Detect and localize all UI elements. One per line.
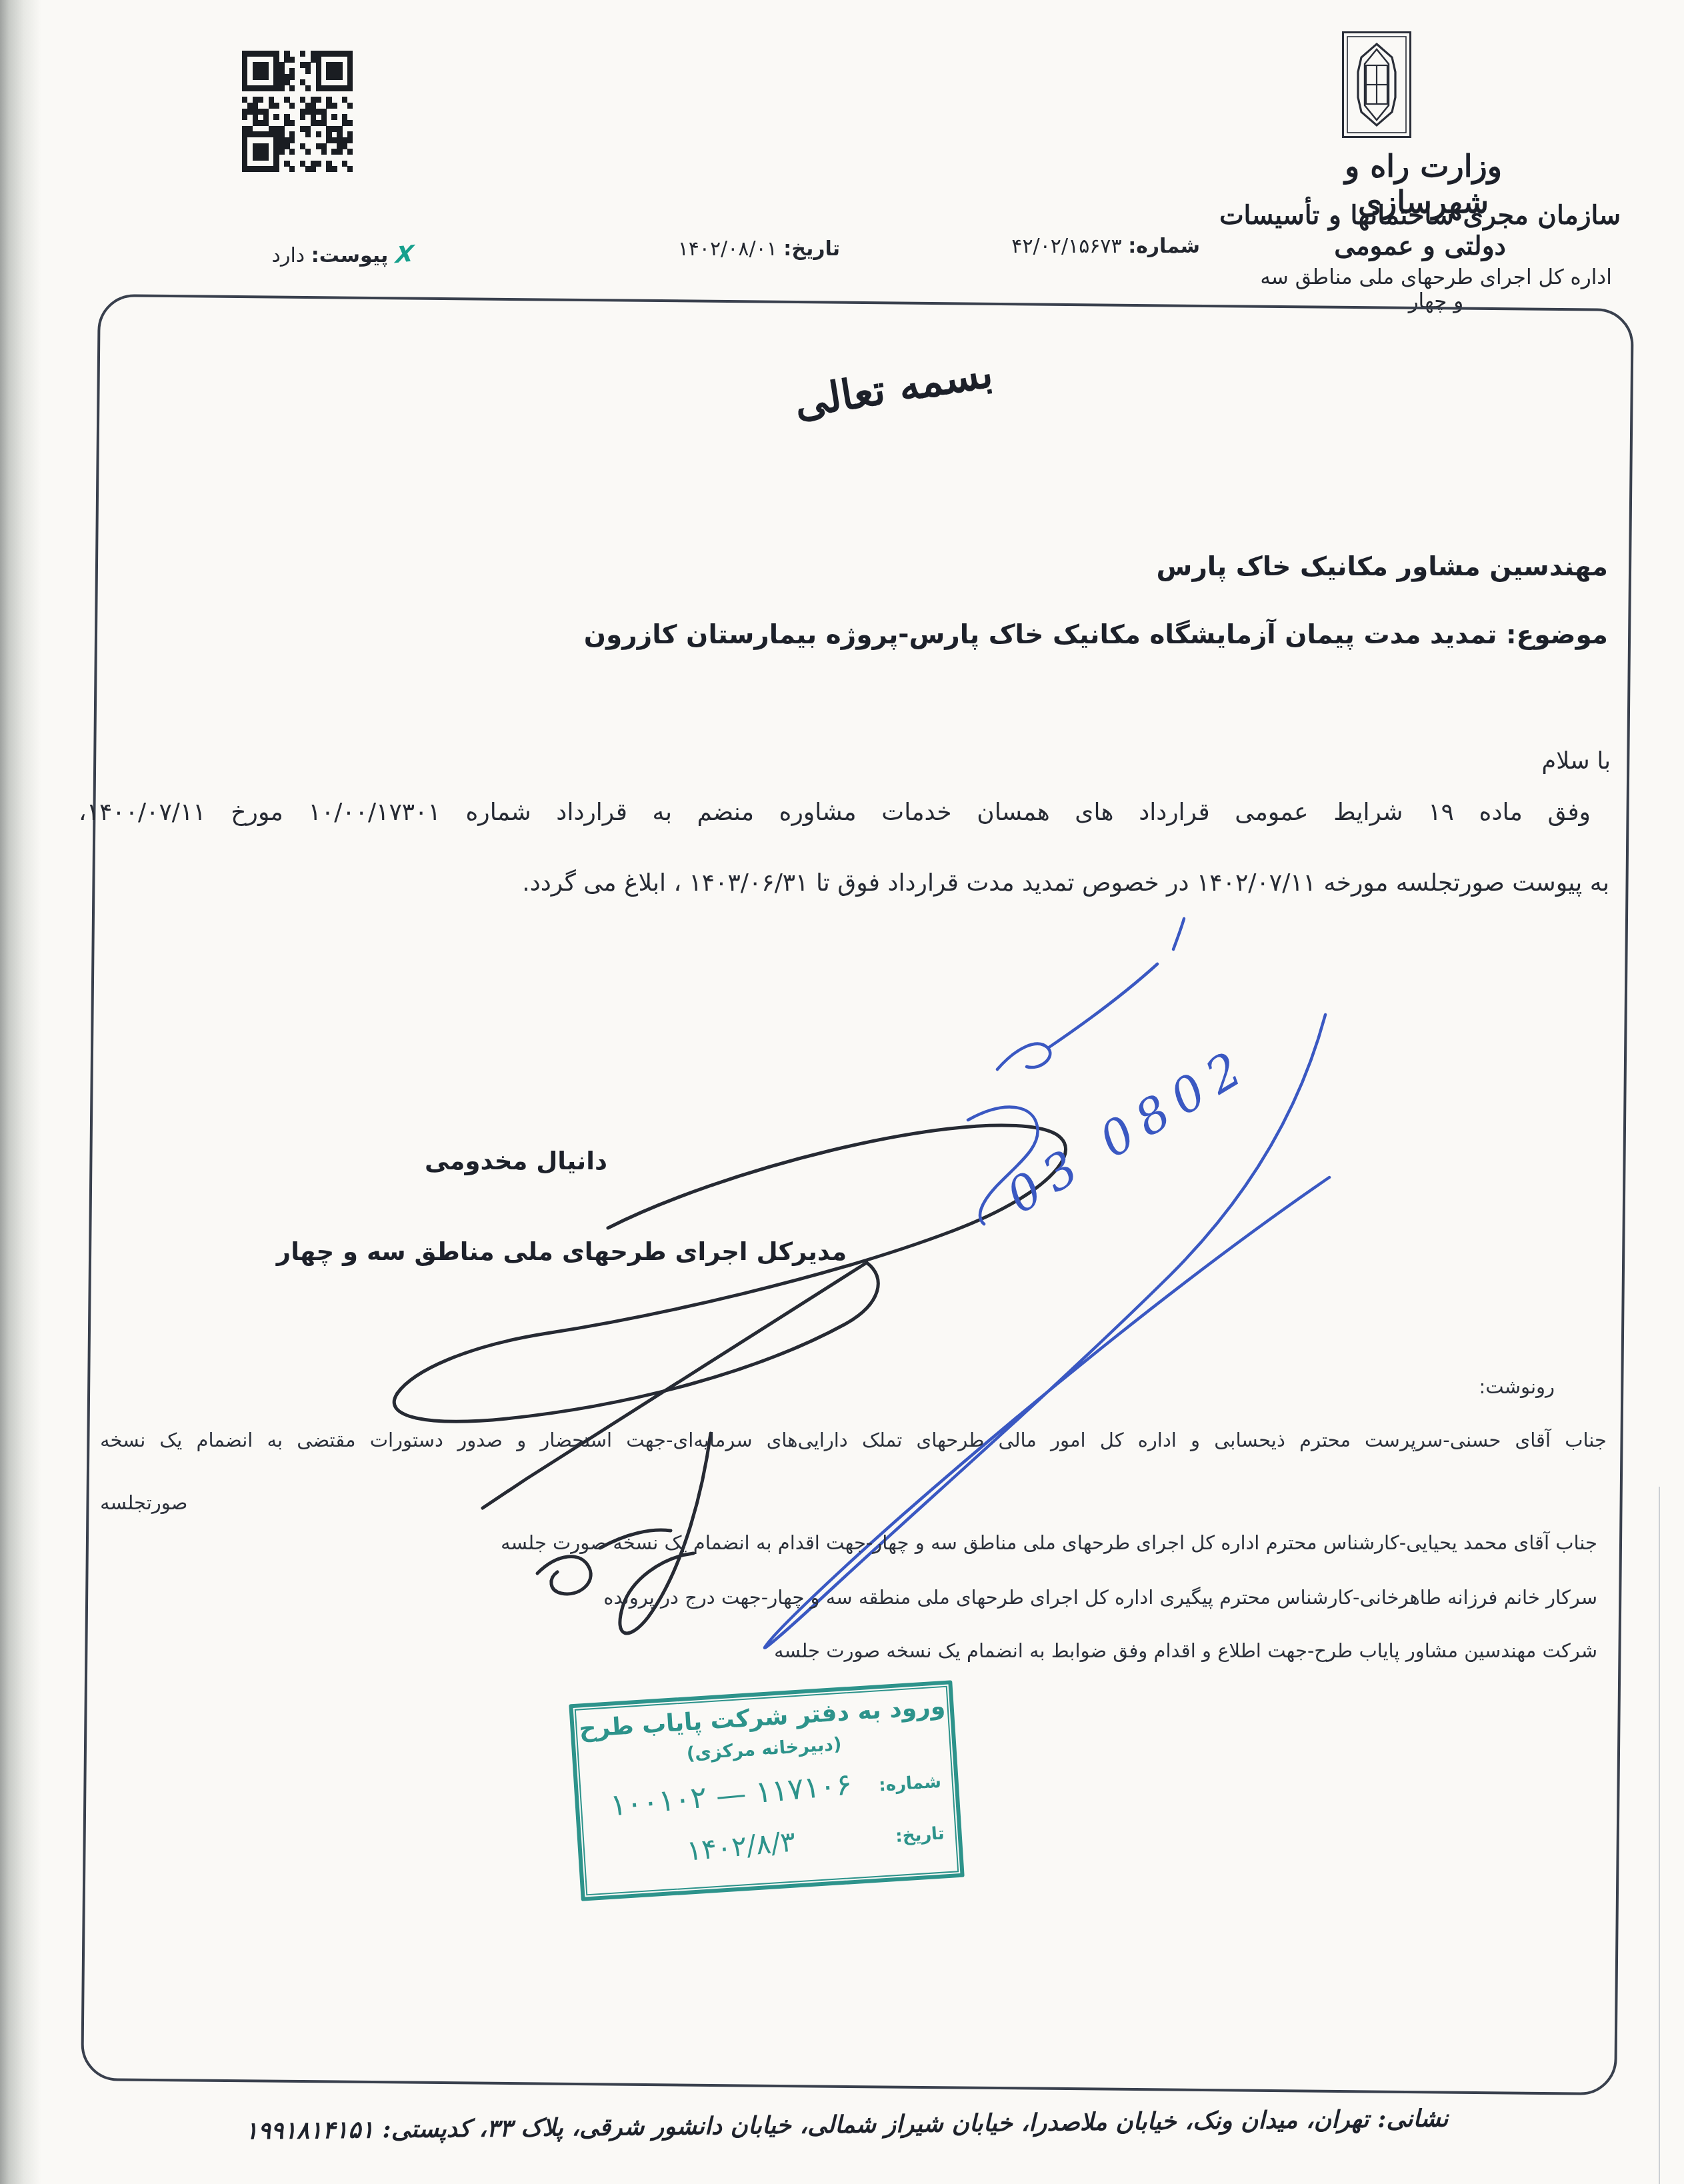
qr-code [242, 51, 353, 172]
organization-logo-icon [1341, 31, 1412, 139]
ref-number-field: شماره: ۴۲/۰۲/۱۵۶۷۳ [953, 235, 1200, 258]
body-paragraph-line2: به پیوست صورتجلسه مورخه ۱۴۰۲/۰۷/۱۱ در خص… [522, 868, 1609, 898]
ref-attachment-field: X پیوست: دارد [193, 241, 413, 268]
ref-date-label: تاریخ: [783, 237, 840, 261]
scan-left-shadow [0, 0, 41, 2184]
cc-item-3: سرکار خانم فرزانه طاهرخانی-کارشناس محترم… [603, 1585, 1597, 1611]
ref-number-value: ۴۲/۰۲/۱۵۶۷۳ [1011, 235, 1121, 258]
stamp-number-label: شماره: [878, 1771, 941, 1795]
footer-address: نشانی: تهران، میدان ونک، خیابان ملاصدرا،… [153, 2103, 1540, 2146]
salutation-line: با سلام [1542, 748, 1611, 775]
entry-stamp: ورود به دفتر شرکت پایاب طرح (دبیرخانه مر… [569, 1680, 964, 1901]
recipient-line: مهندسین مشاور مکانیک خاک پارس [1157, 552, 1608, 582]
attachment-check-mark: X [394, 241, 415, 269]
stamp-date-label: تاریخ: [895, 1823, 945, 1847]
ref-date-field: تاریخ: ۱۴۰۲/۰۸/۰۱ [597, 237, 840, 261]
ref-date-value: ۱۴۰۲/۰۸/۰۱ [678, 237, 777, 261]
body-paragraph-line1: وفق ماده ۱۹ شرایط عمومی قرارداد های همسا… [79, 797, 1609, 827]
cc-item-1-wrap: صورتجلسه [100, 1491, 187, 1516]
scan-right-artifact [1659, 1487, 1660, 2184]
cc-label: رونوشت: [1479, 1375, 1555, 1400]
ref-number-label: شماره: [1128, 235, 1200, 258]
scanned-letter-page: وزارت راه و شهرسازی سازمان مجری ساختمانه… [0, 0, 1684, 2184]
subject-line: موضوع: تمدید مدت پیمان آزمایشگاه مکانیک … [584, 620, 1608, 650]
letterhead-organization: سازمان مجری ساختمانها و تأسیسات دولتی و … [1213, 200, 1627, 261]
signer-name: دانیال مخدومی [404, 1147, 628, 1175]
ref-attachment-value: دارد [272, 244, 305, 267]
signer-title: مدیرکل اجرای طرحهای ملی مناطق سه و چهار [260, 1237, 863, 1266]
cc-item-1: جناب آقای حسنی-سرپرست محترم ذیحسابی و اد… [100, 1428, 1607, 1453]
cc-item-2: جناب آقای محمد یحیایی-کارشناس محترم ادار… [501, 1531, 1597, 1556]
ref-attachment-label: پیوست: [311, 244, 389, 267]
cc-item-4: شرکت مهندسین مشاور پایاب طرح-جهت اطلاع و… [774, 1639, 1597, 1664]
qr-code-pattern [242, 51, 353, 172]
